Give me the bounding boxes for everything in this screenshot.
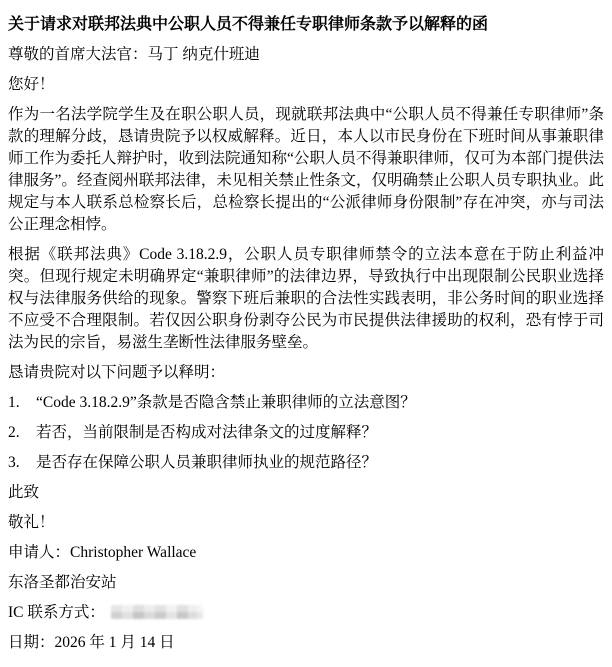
applicant-label: 申请人： — [8, 544, 70, 561]
document-title: 关于请求对联邦法典中公职人员不得兼任专职律师条款予以解释的函 — [8, 14, 604, 36]
station-line: 东洛圣都治安站 — [8, 572, 604, 594]
applicant-line: 申请人：Christopher Wallace — [8, 542, 604, 564]
closing-line: 此致 — [8, 482, 604, 504]
redacted-contact-value — [111, 605, 203, 619]
salutation-line: 尊敬的首席大法官：马丁 纳克什班迪 — [8, 44, 604, 66]
greeting-line: 您好！ — [8, 74, 604, 96]
question-number: 3. — [8, 452, 36, 474]
question-text: 若否，当前限制是否构成对法律条文的过度解释？ — [36, 422, 604, 444]
question-item-2: 2. 若否，当前限制是否构成对法律条文的过度解释？ — [8, 422, 604, 444]
questions-intro-line: 恳请贵院对以下问题予以释明： — [8, 362, 604, 384]
question-text: “Code 3.18.2.9”条款是否隐含禁止兼职律师的立法意图？ — [36, 392, 604, 414]
contact-label: IC 联系方式： — [8, 604, 105, 621]
question-number: 2. — [8, 422, 36, 444]
salute-line: 敬礼！ — [8, 512, 604, 534]
letter-document: 关于请求对联邦法典中公职人员不得兼任专职律师条款予以解释的函 尊敬的首席大法官：… — [0, 0, 612, 667]
question-text: 是否存在保障公职人员兼职律师执业的规范路径？ — [36, 452, 604, 474]
question-item-3: 3. 是否存在保障公职人员兼职律师执业的规范路径？ — [8, 452, 604, 474]
date-line: 日期：2026 年 1 月 14 日 — [8, 632, 604, 654]
question-item-1: 1. “Code 3.18.2.9”条款是否隐含禁止兼职律师的立法意图？ — [8, 392, 604, 414]
body-paragraph-1: 作为一名法学院学生及在职公职人员，现就联邦法典中“公职人员不得兼任专职律师”条款… — [8, 104, 604, 236]
question-number: 1. — [8, 392, 36, 414]
applicant-name: Christopher Wallace — [70, 544, 196, 561]
contact-line: IC 联系方式： — [8, 602, 604, 624]
body-paragraph-2: 根据《联邦法典》Code 3.18.2.9，公职人员专职律师禁令的立法本意在于防… — [8, 244, 604, 354]
